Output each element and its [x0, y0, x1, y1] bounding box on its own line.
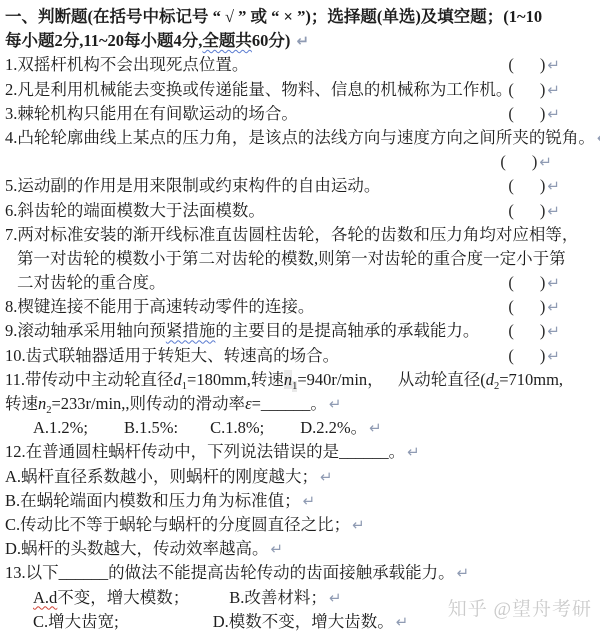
- question-12-option-d: D.蜗杆的头数越大，传动效率越高。↵: [5, 537, 600, 561]
- spacer: [5, 263, 17, 264]
- question-8: 8.楔键连接不能用于高速转动零件的连接。()↵: [5, 295, 600, 319]
- option-d: D.2.2%。: [300, 418, 367, 437]
- text-segment: 9.滚动轴承采用轴向预: [5, 321, 166, 340]
- paragraph-mark-icon: ↵: [545, 298, 560, 316]
- text-segment: =: [252, 394, 261, 413]
- text-segment: =233r/min,,则传动的滑动率: [52, 394, 246, 413]
- question-12-option-c: C.传动比不等于蜗轮与蜗杆的分度圆直径之比；↵: [5, 513, 600, 537]
- paragraph-mark-icon: ↵: [595, 129, 600, 147]
- question-10: 10.齿式联轴器适用于转矩大、转速高的场合。()↵: [5, 344, 600, 368]
- text-segment: 的做法不能提高齿轮传动的齿面接触承载能力。: [108, 563, 455, 582]
- bracket-open: (: [508, 297, 514, 316]
- question-5: 5.运动副的作用是用来限制或约束构件的自由运动。()↵: [5, 174, 600, 198]
- paragraph-mark-icon: ↵: [545, 177, 560, 195]
- spacer: [189, 602, 229, 603]
- text-segment: 每小题2分,11~20每小题4分,: [5, 31, 202, 50]
- spacer: [264, 432, 300, 433]
- text-segment: 转速: [5, 394, 38, 413]
- paragraph-mark-icon: ↵: [545, 105, 560, 123]
- paragraph-mark-icon: ↵: [405, 443, 420, 461]
- question-2: 2.凡是利用机械能去变换或传递能量、物料、信息的机械称为工作机。()↵: [5, 78, 600, 102]
- text-segment: D.蜗杆的头数越大，传动效率越高。: [5, 539, 269, 558]
- text-segment: 5.运动副的作用是用来限制或约束构件的自由运动。: [5, 176, 380, 195]
- paragraph-mark-icon: ↵: [394, 613, 409, 631]
- text-segment: 11.带传动中主动轮直径: [5, 370, 174, 389]
- answer-bracket: ()↵: [508, 53, 560, 77]
- answer-blank: ______: [261, 394, 311, 413]
- question-4-answer-line: ()↵: [5, 150, 600, 174]
- text-segment: 一、判断题(在括号中标记号 “ √ ” 或 “ × ”)；选择题(单选)及填空题…: [5, 7, 542, 26]
- option-b: B.改善材料；: [229, 588, 327, 607]
- paragraph-mark-icon: ↵: [295, 32, 310, 50]
- question-7-line-3: 二对齿轮的重合度。()↵: [5, 271, 600, 295]
- text-segment: =180mm,转速: [187, 370, 284, 389]
- exam-header-line-1: 一、判断题(在括号中标记号 “ √ ” 或 “ × ”)；选择题(单选)及填空题…: [5, 5, 600, 29]
- text-segment: 。: [389, 442, 406, 461]
- text-segment: 12.在普通圆柱蜗杆传动中，下列说法错误的是: [5, 442, 339, 461]
- question-11-line-1: 11.带传动中主动轮直径d1=180mm,转速n1=940r/min，从动轮直径…: [5, 368, 600, 392]
- exam-header-line-2: 每小题2分,11~20每小题4分,全题共60分) ↵: [5, 29, 600, 53]
- question-7-line-2: 第一对齿轮的模数小于第二对齿轮的模数,则第一对齿轮的重合度一定小于第: [5, 247, 600, 271]
- grammar-marked-text: 全题共: [202, 31, 252, 50]
- spacer: [5, 626, 33, 627]
- option-c: C.增大齿宽;: [33, 612, 119, 631]
- text-segment: 3.棘轮机构只能用在有间歇运动的场合。: [5, 104, 298, 123]
- text-segment: 8.楔键连接不能用于高速转动零件的连接。: [5, 297, 314, 316]
- text-segment: 4.凸轮轮廓曲线上某点的压力角，是该点的法线方向与速度方向之间所夹的锐角。: [5, 128, 595, 147]
- text-segment: 13.以下: [5, 563, 59, 582]
- text-segment: A.蜗杆直径系数越小，则蜗杆的刚度越大；: [5, 467, 318, 486]
- paragraph-mark-icon: ↵: [545, 81, 560, 99]
- paragraph-mark-icon: ↵: [537, 153, 552, 171]
- paragraph-mark-icon: ↵: [545, 347, 560, 365]
- bracket-open: (: [508, 273, 514, 292]
- bracket-open: (: [508, 321, 514, 340]
- text-segment: d: [174, 370, 182, 389]
- question-13: 13.以下______的做法不能提高齿轮传动的齿面接触承载能力。↵: [5, 561, 600, 585]
- answer-bracket: ()↵: [508, 78, 560, 102]
- paragraph-mark-icon: ↵: [269, 540, 284, 558]
- text-segment: C.传动比不等于蜗轮与蜗杆的分度圆直径之比；: [5, 515, 350, 534]
- question-4: 4.凸轮轮廓曲线上某点的压力角，是该点的法线方向与速度方向之间所夹的锐角。↵: [5, 126, 600, 150]
- text-segment: 从动轮直径(: [398, 370, 486, 389]
- question-7-line-1: 7.两对标准安装的渐开线标准直齿圆柱齿轮，各轮的齿数和压力角均对应相等，: [5, 223, 600, 247]
- option-a: A.1.2%;: [33, 418, 88, 437]
- bracket-open: (: [508, 346, 514, 365]
- question-6: 6.斜齿轮的端面模数大于法面模数。()↵: [5, 199, 600, 223]
- text-segment: 二对齿轮的重合度。: [17, 273, 166, 292]
- bracket-open: (: [508, 201, 514, 220]
- paragraph-mark-icon: ↵: [327, 589, 342, 607]
- text-segment: 6.斜齿轮的端面模数大于法面模数。: [5, 201, 265, 220]
- answer-bracket: ()↵: [508, 174, 560, 198]
- text-segment: 60分): [252, 31, 295, 50]
- paragraph-mark-icon: ↵: [545, 274, 560, 292]
- question-3: 3.棘轮机构只能用在有间歇运动的场合。()↵: [5, 102, 600, 126]
- answer-blank: ______: [339, 442, 389, 461]
- question-1: 1.双摇杆机构不会出现死点位置。()↵: [5, 53, 600, 77]
- question-11-line-2: 转速n2=233r/min,,则传动的滑动率ε=______。↵: [5, 392, 600, 416]
- spacer: [5, 602, 33, 603]
- spacer: [384, 384, 398, 385]
- question-9: 9.滚动轴承采用轴向预紧措施的主要目的是提高轴承的承载能力。()↵: [5, 319, 600, 343]
- bracket-open: (: [508, 55, 514, 74]
- paragraph-mark-icon: ↵: [455, 564, 470, 582]
- text-segment: d: [486, 370, 494, 389]
- spacer: [5, 287, 17, 288]
- paragraph-mark-icon: ↵: [350, 516, 365, 534]
- answer-bracket: ()↵: [508, 295, 560, 319]
- text-segment: n: [284, 370, 292, 389]
- text-segment: n: [38, 394, 46, 413]
- spacer: [119, 626, 213, 627]
- text-segment: 不变，增大模数；: [57, 588, 189, 607]
- option-b: B.1.5%:: [124, 418, 178, 437]
- paragraph-mark-icon: ↵: [327, 395, 342, 413]
- option-c: C.1.8%;: [210, 418, 264, 437]
- spacer: [88, 432, 124, 433]
- option-d: D.模数不变，增大齿数。: [213, 612, 394, 631]
- answer-bracket: ()↵: [508, 344, 560, 368]
- paragraph-mark-icon: ↵: [301, 492, 316, 510]
- paragraph-mark-icon: ↵: [545, 322, 560, 340]
- bracket-open: (: [508, 104, 514, 123]
- bracket-open: (: [508, 176, 514, 195]
- exam-document: 一、判断题(在括号中标记号 “ √ ” 或 “ × ”)；选择题(单选)及填空题…: [0, 0, 600, 633]
- question-11-options: A.1.2%;B.1.5%:C.1.8%;D.2.2%。↵: [5, 416, 600, 440]
- text-segment: =940r/min，: [297, 370, 383, 389]
- paragraph-mark-icon: ↵: [545, 56, 560, 74]
- spacer: [178, 432, 210, 433]
- bracket-open: (: [500, 152, 506, 171]
- answer-bracket: ()↵: [508, 102, 560, 126]
- text-segment: 。: [310, 394, 327, 413]
- answer-bracket: ()↵: [508, 199, 560, 223]
- answer-bracket: ()↵: [508, 319, 560, 343]
- question-12-option-a: A.蜗杆直径系数越小，则蜗杆的刚度越大；↵: [5, 465, 600, 489]
- grammar-marked-text: 紧措施: [166, 321, 216, 340]
- text-segment: 1.双摇杆机构不会出现死点位置。: [5, 55, 248, 74]
- question-12: 12.在普通圆柱蜗杆传动中，下列说法错误的是______。↵: [5, 440, 600, 464]
- bracket-open: (: [508, 80, 514, 99]
- text-segment: 的主要目的是提高轴承的承载能力。: [215, 321, 479, 340]
- paragraph-mark-icon: ↵: [545, 202, 560, 220]
- option-a: A.d: [33, 588, 57, 607]
- text-segment: B.在蜗轮端面内模数和压力角为标准值；: [5, 491, 301, 510]
- text-segment: 第一对齿轮的模数小于第二对齿轮的模数,则第一对齿轮的重合度一定小于第: [17, 249, 566, 268]
- answer-bracket: ()↵: [500, 150, 552, 174]
- spacer: [5, 432, 33, 433]
- text-segment: 7.两对标准安装的渐开线标准直齿圆柱齿轮，各轮的齿数和压力角均对应相等，: [5, 225, 578, 244]
- paragraph-mark-icon: ↵: [318, 468, 333, 486]
- text-segment: 2.凡是利用机械能去变换或传递能量、物料、信息的机械称为工作机。: [5, 80, 512, 99]
- paragraph-mark-icon: ↵: [367, 419, 382, 437]
- watermark-zhihu: 知乎 @望舟考研: [448, 594, 592, 621]
- text-segment: =710mm,: [499, 370, 563, 389]
- answer-blank: ______: [59, 563, 109, 582]
- answer-bracket: ()↵: [508, 271, 560, 295]
- question-12-option-b: B.在蜗轮端面内模数和压力角为标准值；↵: [5, 489, 600, 513]
- text-segment: 10.齿式联轴器适用于转矩大、转速高的场合。: [5, 346, 339, 365]
